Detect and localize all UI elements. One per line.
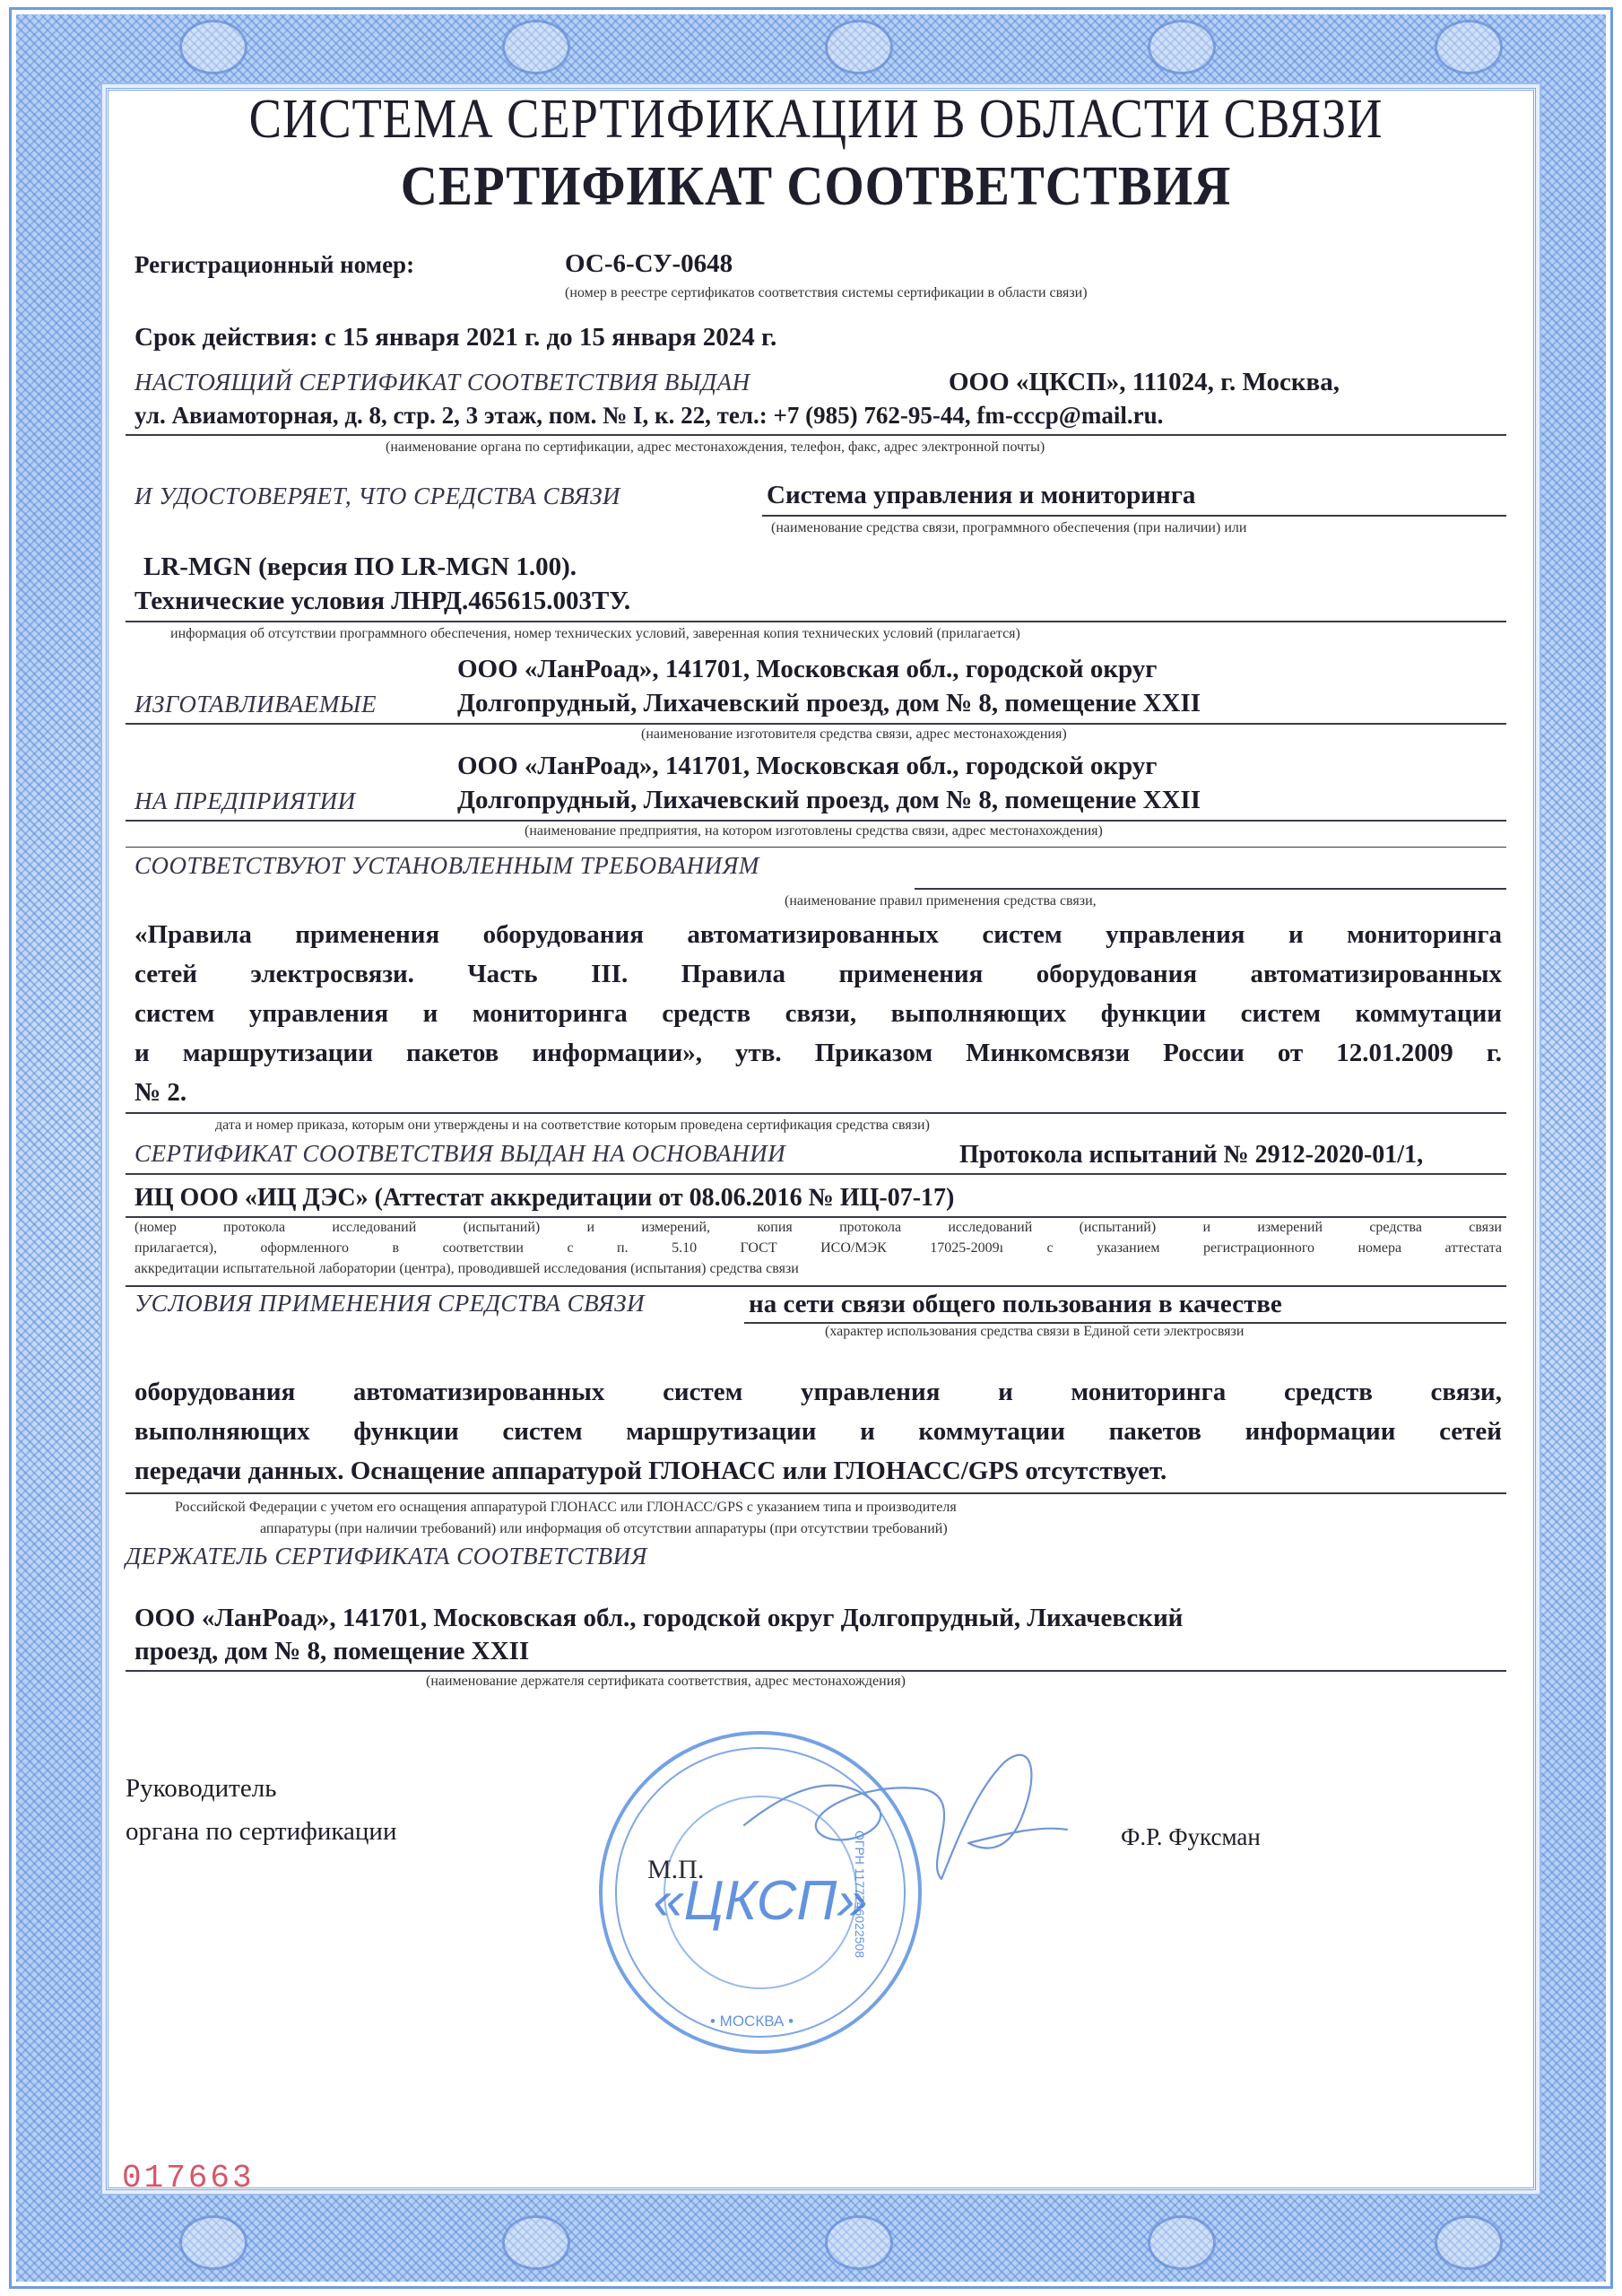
underline <box>126 1216 1506 1218</box>
issuer-note: (наименование органа по сертификации, ад… <box>386 439 1045 456</box>
underline <box>762 515 1506 517</box>
manufacturer-line1: ООО «ЛанРоад», 141701, Московская обл., … <box>457 655 1157 684</box>
technical-conditions: Технические условия ЛНРД.465615.003ТУ. <box>134 587 630 616</box>
basis-note: прилагается), оформленного в соответстви… <box>134 1240 1502 1257</box>
conditions-note-3: аппаратуры (при наличии требований) или … <box>260 1521 948 1537</box>
signatory-role-1: Руководитель <box>126 1774 276 1804</box>
system-title: СИСТЕМА СЕРТИФИКАЦИИ В ОБЛАСТИ СВЯЗИ <box>208 88 1423 152</box>
underline <box>126 723 1506 725</box>
underline <box>915 888 1506 890</box>
validity-period: Срок действия: с 15 января 2021 г. до 15… <box>134 323 776 352</box>
conditions-line: выполняющих функции систем маршрутизации… <box>134 1417 1502 1447</box>
requirements-note: (наименование правил применения средства… <box>785 893 1097 909</box>
requirements-label: СООТВЕТСТВУЮТ УСТАНОВЛЕННЫМ ТРЕБОВАНИЯМ <box>134 852 759 880</box>
product-note: (наименование средства связи, программно… <box>771 520 1246 536</box>
registration-note: (номер в реестре сертификатов соответств… <box>565 285 1088 301</box>
ornament-icon <box>502 2215 570 2270</box>
requirements-note-2: дата и номер приказа, которым они утверж… <box>215 1118 930 1134</box>
underline <box>126 1492 1506 1494</box>
serial-number: 017663 <box>122 2160 255 2196</box>
enterprise-line2: Долгопрудный, Лихачевский проезд, дом № … <box>457 786 1201 815</box>
ornament-icon <box>1148 20 1216 74</box>
ornament-icon <box>1435 20 1503 74</box>
product-model: LR-MGN (версия ПО LR-MGN 1.00). <box>143 552 577 582</box>
conditions-value: на сети связи общего пользования в качес… <box>749 1290 1282 1319</box>
manufacturer-line2: Долгопрудный, Лихачевский проезд, дом № … <box>457 689 1201 718</box>
test-protocol: Протокола испытаний № 2912-2020-01/1, <box>959 1141 1423 1170</box>
ornament-icon <box>825 2215 893 2270</box>
manufacturer-note: (наименование изготовителя средства связ… <box>641 726 1067 743</box>
signatory-role-2: органа по сертификации <box>126 1817 396 1847</box>
seal-place-mark: М.П. <box>647 1855 704 1885</box>
rules-line: сетей электросвязи. Часть III. Правила п… <box>134 960 1502 989</box>
basis-note: аккредитации испытательной лаборатории (… <box>134 1261 799 1277</box>
underline <box>126 1670 1506 1672</box>
ornament-icon <box>179 2215 247 2270</box>
seal-city: • МОСКВА • <box>710 2013 794 2031</box>
manufactured-label: ИЗГОТАВЛИВАЕМЫЕ <box>134 691 377 718</box>
conditions-note: (характер использования средства связи в… <box>825 1324 1244 1340</box>
certifies-label: И УДОСТОВЕРЯЕТ, ЧТО СРЕДСТВА СВЯЗИ <box>134 483 620 510</box>
rules-line: систем управления и мониторинга средств … <box>134 999 1502 1029</box>
underline <box>126 1112 1506 1114</box>
issued-by-label: НАСТОЯЩИЙ СЕРТИФИКАТ СООТВЕТСТВИЯ ВЫДАН <box>134 369 750 396</box>
product-name: Система управления и мониторинга <box>767 481 1195 510</box>
underline <box>126 1173 1506 1175</box>
enterprise-label: НА ПРЕДПРИЯТИИ <box>134 787 356 815</box>
ornament-icon <box>825 20 893 74</box>
underline <box>126 847 1506 848</box>
product-note-2: информация об отсутствии программного об… <box>170 626 1020 642</box>
holder-label: ДЕРЖАТЕЛЬ СЕРТИФИКАТА СООТВЕТСТВИЯ <box>126 1543 647 1570</box>
rules-line: № 2. <box>134 1078 186 1108</box>
ornament-icon <box>1148 2215 1216 2270</box>
conditions-line: передачи данных. Оснащение аппаратурой Г… <box>134 1457 1167 1486</box>
underline <box>126 820 1506 822</box>
underline <box>126 621 1506 622</box>
enterprise-line1: ООО «ЛанРоад», 141701, Московская обл., … <box>457 752 1157 781</box>
registration-number: ОС-6-СУ-0648 <box>565 249 733 279</box>
basis-note: (номер протокола исследований (испытаний… <box>134 1220 1502 1236</box>
registration-label: Регистрационный номер: <box>134 251 414 279</box>
test-lab: ИЦ ООО «ИЦ ДЭС» (Аттестат аккредитации о… <box>134 1184 954 1213</box>
holder-note: (наименование держателя сертификата соот… <box>426 1674 906 1690</box>
conditions-label: УСЛОВИЯ ПРИМЕНЕНИЯ СРЕДСТВА СВЯЗИ <box>134 1290 645 1318</box>
holder-line2: проезд, дом № 8, помещение XXII <box>134 1637 529 1666</box>
signatory-name: Ф.Р. Фуксман <box>1121 1823 1261 1851</box>
rules-line: «Правила применения оборудования автомат… <box>134 920 1502 950</box>
enterprise-note: (наименование предприятия, на котором из… <box>525 823 1103 839</box>
underline <box>126 1285 1506 1287</box>
issuer-org: ООО «ЦКСП», 111024, г. Москва, <box>949 368 1340 397</box>
ornament-icon <box>1435 2215 1503 2270</box>
issuer-address: ул. Авиамоторная, д. 8, стр. 2, 3 этаж, … <box>134 402 1163 430</box>
conditions-line: оборудования автоматизированных систем у… <box>134 1378 1502 1407</box>
basis-label: СЕРТИФИКАТ СООТВЕТСТВИЯ ВЫДАН НА ОСНОВАН… <box>134 1140 785 1168</box>
ornament-icon <box>502 20 570 74</box>
rules-line: и маршрутизации пакетов информации», утв… <box>134 1039 1502 1068</box>
holder-line1: ООО «ЛанРоад», 141701, Московская обл., … <box>134 1604 1183 1633</box>
ornament-icon <box>179 20 247 74</box>
signature-icon <box>735 1735 1076 1915</box>
conditions-note-2: Российской Федерации с учетом его оснаще… <box>175 1500 957 1516</box>
underline <box>126 434 1506 436</box>
document-title: СЕРТИФИКАТ СООТВЕТСТВИЯ <box>181 155 1452 219</box>
